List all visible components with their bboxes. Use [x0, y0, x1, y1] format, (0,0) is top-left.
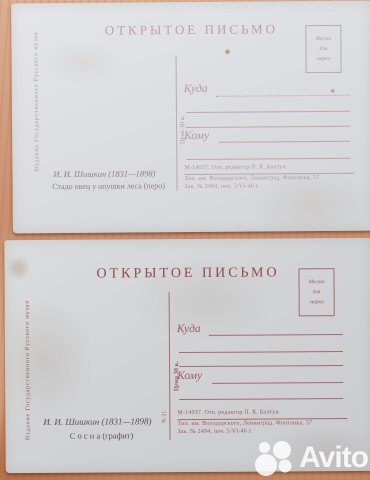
artwork-caption: С о с н а (графит) — [21, 430, 181, 441]
komu-label: Кому — [177, 370, 202, 382]
address-line — [186, 126, 350, 128]
address-line — [179, 398, 343, 400]
avito-brand-text: Avito — [299, 443, 368, 473]
address-line — [179, 365, 343, 367]
address-line — [212, 382, 343, 384]
printer-imprint: М-14037. Отв. редактор П. К. Балтун Тип.… — [177, 409, 347, 436]
stamp-box-text: для — [306, 45, 340, 55]
postcard-top: ОТКРЫТОЕ ПИСЬМО Место для марки Издание … — [11, 1, 370, 234]
kuda-label: Куда — [177, 323, 201, 335]
address-line — [186, 158, 350, 160]
avito-logo-icon — [254, 438, 296, 478]
komu-label: Кому — [184, 130, 209, 142]
imprint-line: Зак. № 2494, печ. 5/VI-46 г. — [185, 182, 355, 191]
publisher-vertical-text: Издание Государственного Русского музея — [33, 31, 40, 171]
stamp-box-text: марки — [307, 55, 341, 65]
artist-name: И. И. Шишкин (1831—1898) — [21, 416, 173, 427]
printer-imprint: М-14037. Отв. редактор П. К. Балтун Тип.… — [184, 164, 354, 192]
address-line — [186, 111, 350, 113]
imprint-line: Зак. № 2494, печ. 5/VI-46 г. — [177, 428, 347, 437]
stamp-box-text: марки — [300, 298, 334, 308]
avito-watermark: Avito — [254, 438, 368, 478]
stamp-box: Место для марки — [298, 268, 334, 316]
kuda-label: Куда — [184, 83, 208, 95]
imprint-line: М-14037. Отв. редактор П. К. Балтун — [184, 164, 354, 175]
address-line — [219, 141, 350, 143]
address-line — [216, 94, 350, 97]
address-line — [179, 351, 343, 353]
stamp-box-text: Место — [300, 278, 334, 288]
stamp-box: Место для марки — [305, 25, 341, 73]
wood-table-background: { "colors": { "wood": "#c98f6e", "paper_… — [0, 0, 370, 480]
address-line — [209, 334, 343, 336]
artist-name: И. И. Шишкин (1831—1898) — [28, 168, 180, 179]
stamp-box-text: Место — [306, 35, 340, 45]
stamp-box-text: для — [300, 288, 334, 298]
imprint-line: М-14037. Отв. редактор П. К. Балтун — [177, 409, 347, 420]
artwork-caption: Стадо овец у опушки леса (перо) — [29, 181, 189, 191]
